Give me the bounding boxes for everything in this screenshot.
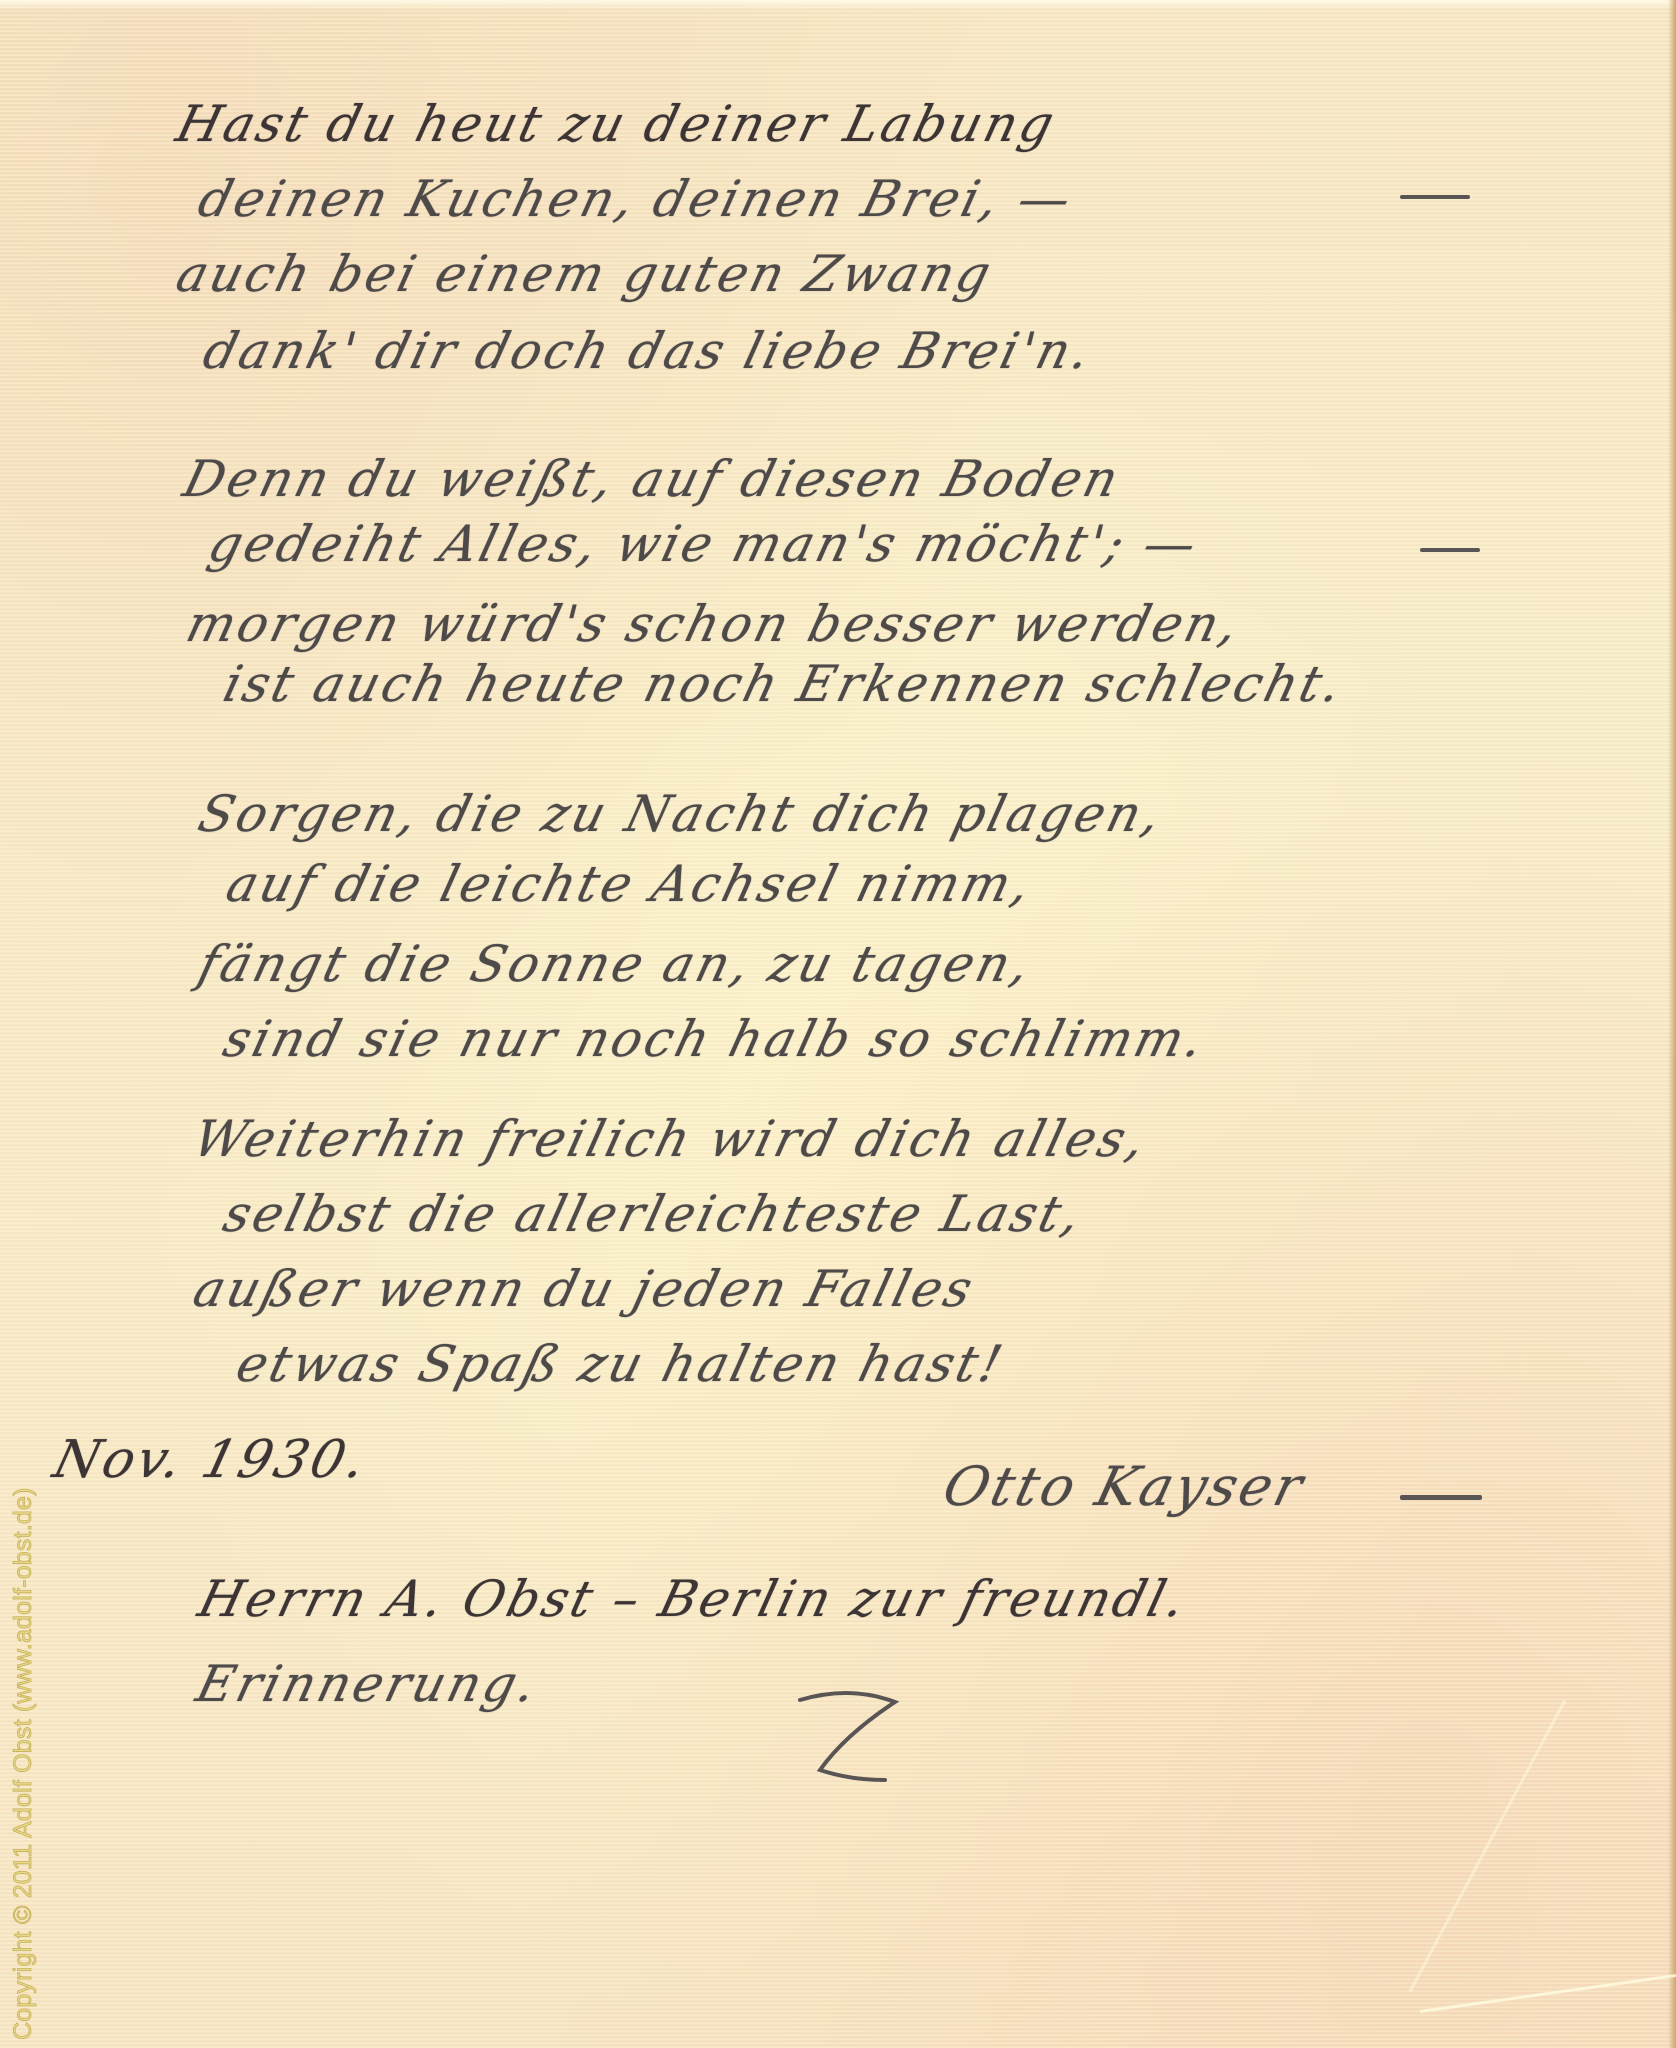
signature-flourish (1400, 1495, 1482, 1500)
dedication-line: Erinnerung. (191, 1655, 545, 1713)
poem-line: etwas Spaß zu halten hast! (231, 1335, 1011, 1393)
poem-line: auch bei einem guten Zwang (171, 245, 999, 303)
dash-arrow-mark (1420, 548, 1480, 552)
poem-line: Hast du heut zu deiner Labung (171, 95, 1063, 153)
poem-manuscript: Hast du heut zu deiner Labung deinen Kuc… (0, 0, 1676, 2048)
poem-line: ist auch heute noch Erkennen schlecht. (218, 655, 1350, 713)
poem-line: Weiterhin freilich wird dich alles, (188, 1110, 1154, 1168)
poem-line: selbst die allerleichteste Last, (218, 1185, 1089, 1243)
poem-line: außer wenn du jeden Falles (188, 1260, 981, 1318)
dedication-line: Herrn A. Obst – Berlin zur freundl. (193, 1570, 1194, 1628)
date-line: Nov. 1930. (48, 1430, 375, 1490)
poem-line: morgen würd's schon besser werden, (181, 595, 1247, 653)
dash-arrow-mark (1400, 195, 1470, 199)
closing-flourish-mark (790, 1680, 910, 1800)
poem-line: deinen Kuchen, deinen Brei, — (193, 170, 1080, 228)
poem-line: gedeiht Alles, wie man's möcht'; — (203, 515, 1205, 573)
poem-line: Denn du weißt, auf diesen Boden (178, 450, 1127, 508)
poem-line: sind sie nur noch halb so schlimm. (218, 1010, 1212, 1068)
copyright-text: Copyright © 2011 Adolf Obst (www.adolf-o… (6, 1487, 40, 2040)
poem-line: dank' dir doch das liebe Brei'n. (198, 322, 1099, 380)
signature: Otto Kayser (937, 1455, 1312, 1518)
poem-line: auf die leichte Achsel nimm, (221, 855, 1039, 913)
copyright-watermark: Copyright © 2011 Adolf Obst (www.adolf-o… (6, 380, 40, 2040)
poem-line: fängt die Sonne an, zu tagen, (193, 935, 1039, 993)
poem-line: Sorgen, die zu Nacht dich plagen, (193, 785, 1170, 843)
